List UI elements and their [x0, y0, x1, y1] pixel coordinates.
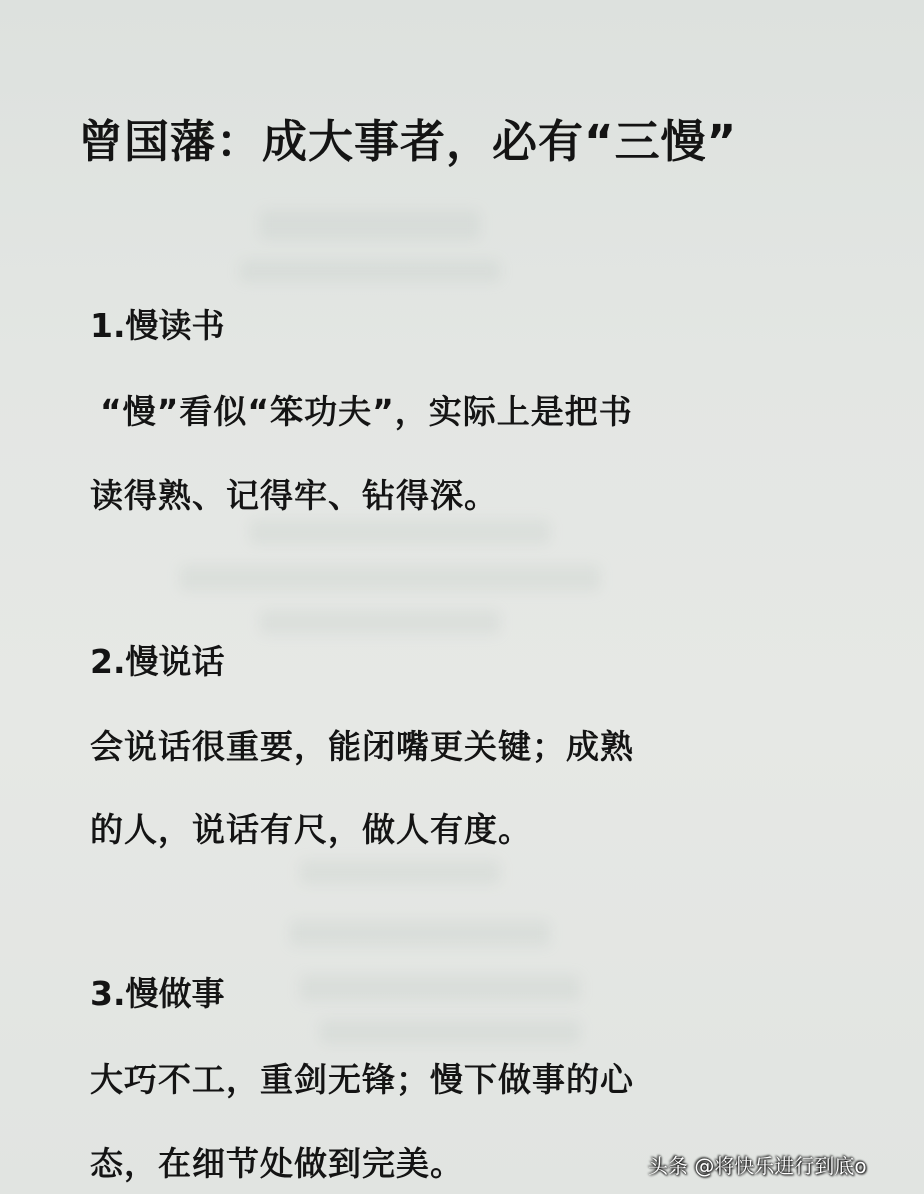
section-heading: 3.慢做事: [90, 972, 225, 1016]
watermark: 头条 @将快乐进行到底o: [648, 1150, 867, 1179]
body-line: 态，在细节处做到完美。: [90, 1142, 464, 1186]
body-line: 读得熟、记得牢、钻得深。: [90, 474, 498, 518]
body-line: “慢”看似“笨功夫”，实际上是把书: [100, 390, 633, 434]
background-ghost: [300, 860, 500, 884]
background-ghost: [260, 610, 500, 634]
background-ghost: [290, 920, 550, 946]
body-line: 大巧不工，重剑无锋；慢下做事的心: [90, 1058, 634, 1102]
background-ghost: [240, 260, 500, 282]
page-title: 曾国藩：成大事者，必有“三慢”: [78, 112, 898, 172]
section-heading: 1.慢读书: [90, 304, 225, 348]
background-ghost: [180, 565, 600, 591]
background-ghost: [260, 210, 480, 240]
background-ghost: [320, 1020, 580, 1044]
body-line: 会说话很重要，能闭嘴更关键；成熟: [90, 725, 634, 769]
background-ghost: [250, 520, 550, 544]
body-line: 的人，说话有尺，做人有度。: [90, 808, 532, 852]
section-heading: 2.慢说话: [90, 640, 225, 684]
background-ghost: [300, 975, 580, 1001]
